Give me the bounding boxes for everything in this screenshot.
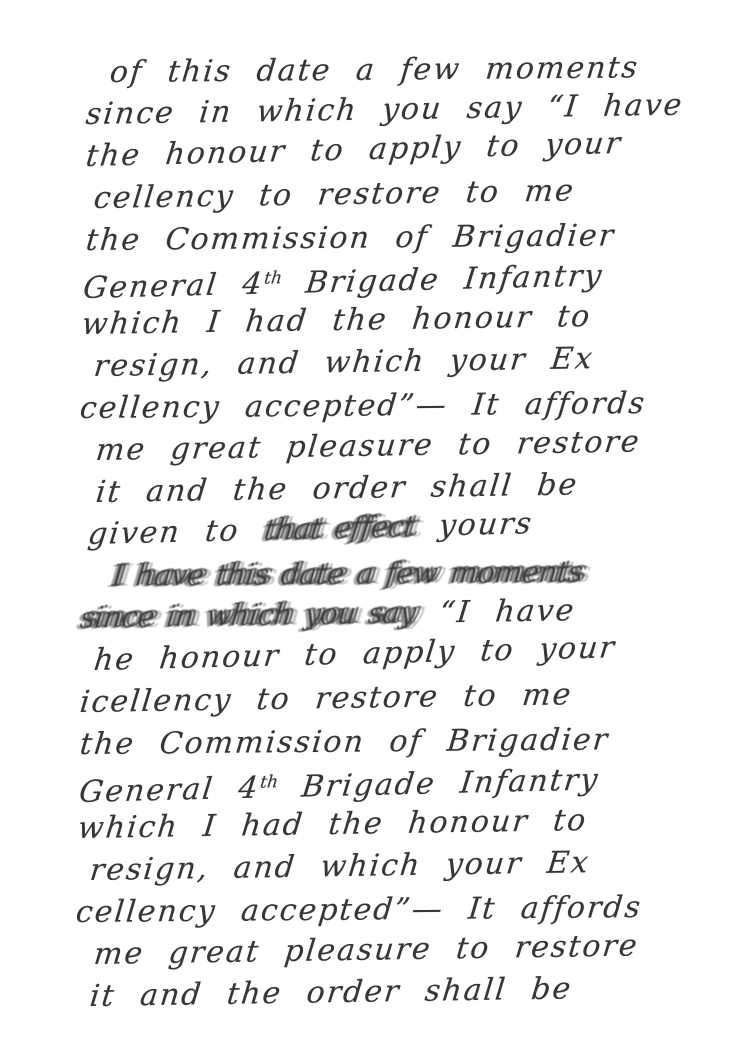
handwritten-text: cellency to restore to me: [92, 173, 577, 216]
handwritten-text: cellency accepted”— It affords: [74, 890, 643, 930]
handwritten-text: “I have: [413, 593, 577, 631]
manuscript-page: of this date a few momentssince in which…: [0, 0, 736, 1041]
handwritten-text: me great pleasure to restore: [94, 424, 642, 468]
handwritten-text: the honour to apply to your: [84, 126, 624, 174]
manuscript-line: resign, and which your Ex: [92, 337, 688, 388]
garbled-overstruck-text: that effect: [262, 509, 416, 548]
handwritten-text: me great pleasure to restore: [92, 928, 640, 972]
handwritten-text: which I had the honour to: [76, 803, 589, 846]
manuscript-line: it and the order shall be: [88, 967, 688, 1018]
handwritten-text: it and the order shall be: [88, 971, 574, 1014]
handwritten-text: given to: [86, 513, 266, 552]
handwritten-text: of this date a few moments: [108, 50, 640, 90]
handwritten-text: icellency to restore to me: [78, 677, 574, 720]
ordinal-superscript: th: [259, 772, 279, 792]
handwritten-text: which I had the honour to: [80, 299, 593, 342]
handwritten-text: yours: [412, 506, 535, 544]
garbled-overstruck-text: I have this date a few moments: [110, 555, 584, 594]
manuscript-line: resign, and which your Ex: [88, 841, 688, 892]
garbled-overstruck-text: since in which you say: [78, 596, 417, 636]
manuscript-line: cellency to restore to me: [92, 169, 688, 220]
manuscript-text-block: of this date a few momentssince in which…: [86, 52, 686, 1018]
handwritten-text: cellency accepted”— It affords: [78, 386, 647, 426]
ordinal-superscript: th: [263, 268, 283, 288]
handwritten-text: he honour to apply to your: [92, 630, 618, 678]
handwritten-text: resign, and which your Ex: [92, 341, 596, 384]
handwritten-text: resign, and which your Ex: [88, 845, 592, 888]
manuscript-line: icellency to restore to me: [78, 672, 688, 724]
